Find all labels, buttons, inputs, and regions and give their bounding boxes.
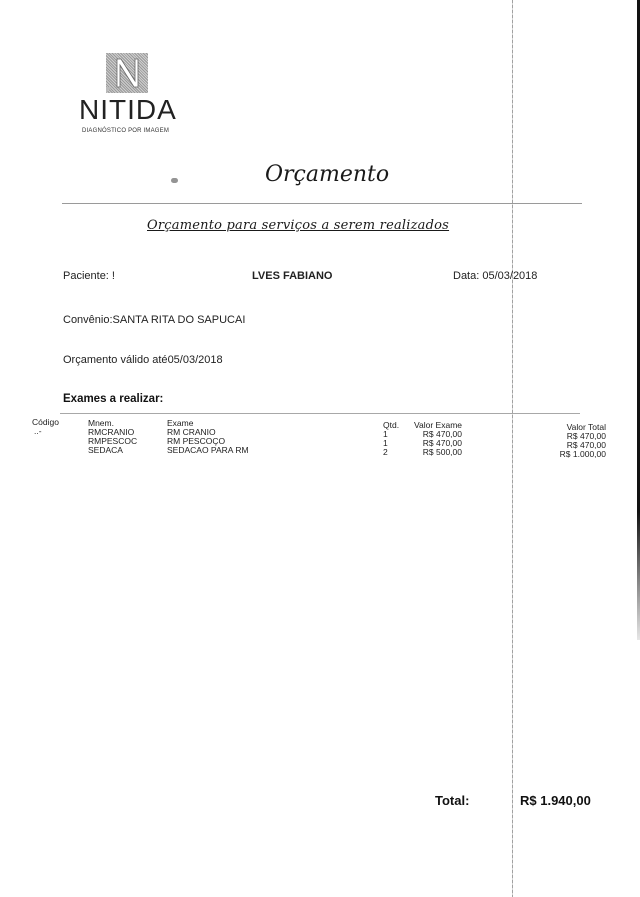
col-qtd: Qtd. 1 1 2 [383,421,399,457]
logo-tagline: DIAGNÓSTICO POR IMAGEM [82,128,169,134]
fold-line [512,0,513,897]
document-title: Orçamento [0,162,640,187]
table-divider [60,413,580,414]
col-exame: Exame RM CRANIO RM PESCOÇO SEDACAO PARA … [167,419,249,455]
date-label: Data: [453,270,479,282]
divider [62,203,582,204]
exams-section-title: Exames a realizar: [63,393,163,405]
insurance-field: Convênio:SANTA RITA DO SAPUCAI [63,314,245,326]
table-row-qtd: 2 [383,448,399,457]
table-row-valor-exame: R$ 500,00 [408,448,462,457]
col-codigo: Código ..- [32,418,59,436]
document-subtitle: Orçamento para serviços a serem realizad… [147,218,449,233]
insurance-value: SANTA RITA DO SAPUCAI [113,314,246,326]
codigo-value: ..- [32,427,59,436]
total-value: R$ 1.940,00 [520,793,591,808]
insurance-label: Convênio: [63,314,113,326]
validity-field: Orçamento válido até05/03/2018 [63,354,223,366]
table-row-exame: SEDACAO PARA RM [167,446,249,455]
logo-name: NITIDA [79,94,177,126]
date-value: 05/03/2018 [482,270,537,282]
table-row-valor-total: R$ 1.000,00 [540,450,606,459]
nitida-logo-icon [106,53,148,93]
validity-value: 05/03/2018 [168,354,223,366]
col-valor-exame: Valor Exame R$ 470,00 R$ 470,00 R$ 500,0… [408,421,462,457]
patient-label: Paciente: ! [63,270,115,282]
col-mnem: Mnem. RMCRANIO RMPESCOC SEDACA [88,419,137,455]
date-field: Data: 05/03/2018 [453,270,537,282]
validity-label: Orçamento válido até [63,354,168,366]
total-label: Total: [435,793,469,808]
patient-name: LVES FABIANO [252,270,332,282]
table-row-mnem: SEDACA [88,446,137,455]
col-valor-total: Valor Total R$ 470,00 R$ 470,00 R$ 1.000… [540,423,606,459]
